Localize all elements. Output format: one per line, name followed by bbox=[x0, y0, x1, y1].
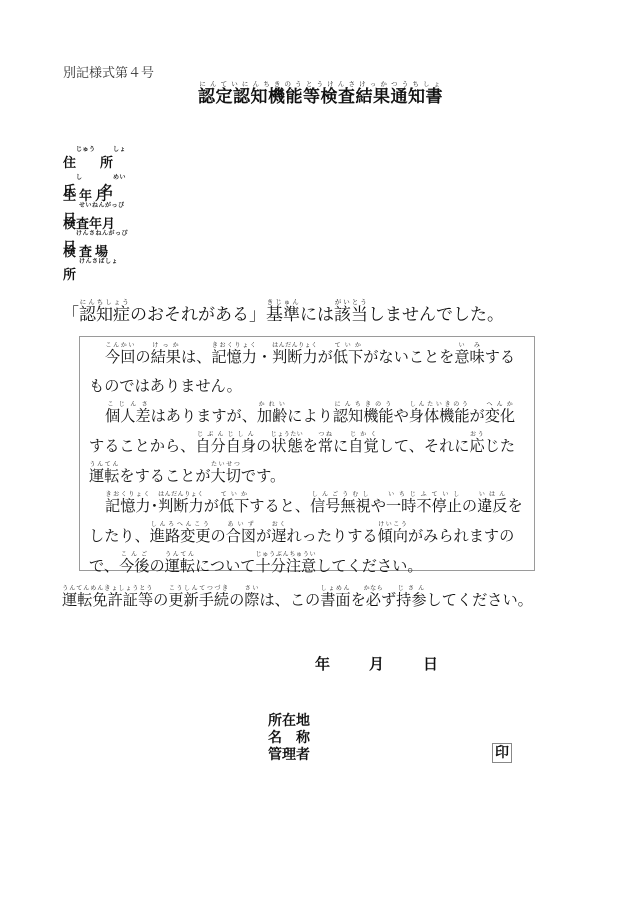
recipient-fields: 住じゅう 所しょ 氏し 名めい 生年月日せいねんがっぴ 検査年月日けんさねんがっ… bbox=[63, 143, 133, 283]
para2-line3: 運転うんてんをすることが大切たいせつです。 bbox=[80, 461, 534, 491]
seal-mark: 印 bbox=[492, 743, 512, 763]
para2-line2: することから、自分自身じぶんじしんの状態じょうたいを常つねに自覚じかくして、それ… bbox=[80, 431, 534, 461]
para3-line3: で、今後こんごの運転うんてんについて十分注意じゅうぶんちゅういしてください。 bbox=[80, 551, 534, 581]
field-exam-location: 検査場所けんさばしょ bbox=[63, 255, 126, 283]
para2-line1: 個人差こじんさはありますが、加齢かれいにより認知機能にんちきのうや身体機能しんた… bbox=[80, 401, 534, 431]
issuer-manager-label: 管理者 bbox=[268, 744, 310, 764]
para3-line2: したり、進路変更しんろへんこうの合図あいずが遅おくれったりする傾向けいこうがみら… bbox=[80, 521, 534, 551]
explanation-box: 今回こんかいの結果けっかは、記憶力きおくりょく・判断力はんだんりょくが低下ていか… bbox=[79, 336, 535, 571]
date-day-label: 日 bbox=[423, 653, 438, 674]
form-number: 別記様式第４号 bbox=[63, 62, 154, 81]
renewal-notice: 運転免許証等うんてんめんきょしょうとうの更新手続こうしんてつづきの際さいは、この… bbox=[62, 585, 533, 610]
field-address: 住じゅう 所しょ bbox=[63, 143, 126, 171]
para1-line2: ものではありません。 bbox=[80, 372, 534, 401]
date-month-label: 月 bbox=[369, 653, 384, 674]
para1-line1: 今回こんかいの結果けっかは、記憶力きおくりょく・判断力はんだんりょくが低下ていか… bbox=[80, 337, 534, 372]
para3-line1: 記憶力きおくりょく･判断力はんだんりょくが低下ていかすると、信号無視しんごうむし… bbox=[80, 491, 534, 521]
result-headline: 「認知症にんちしょうのおそれがある」基準きじゅんには該当がいとうしませんでした。 bbox=[62, 298, 504, 325]
document-title: 認定認知機能等検査結果通知書にんていにんちきのうとうけんさけっかつうちしょ bbox=[198, 80, 443, 107]
date-year-label: 年 bbox=[315, 653, 330, 674]
